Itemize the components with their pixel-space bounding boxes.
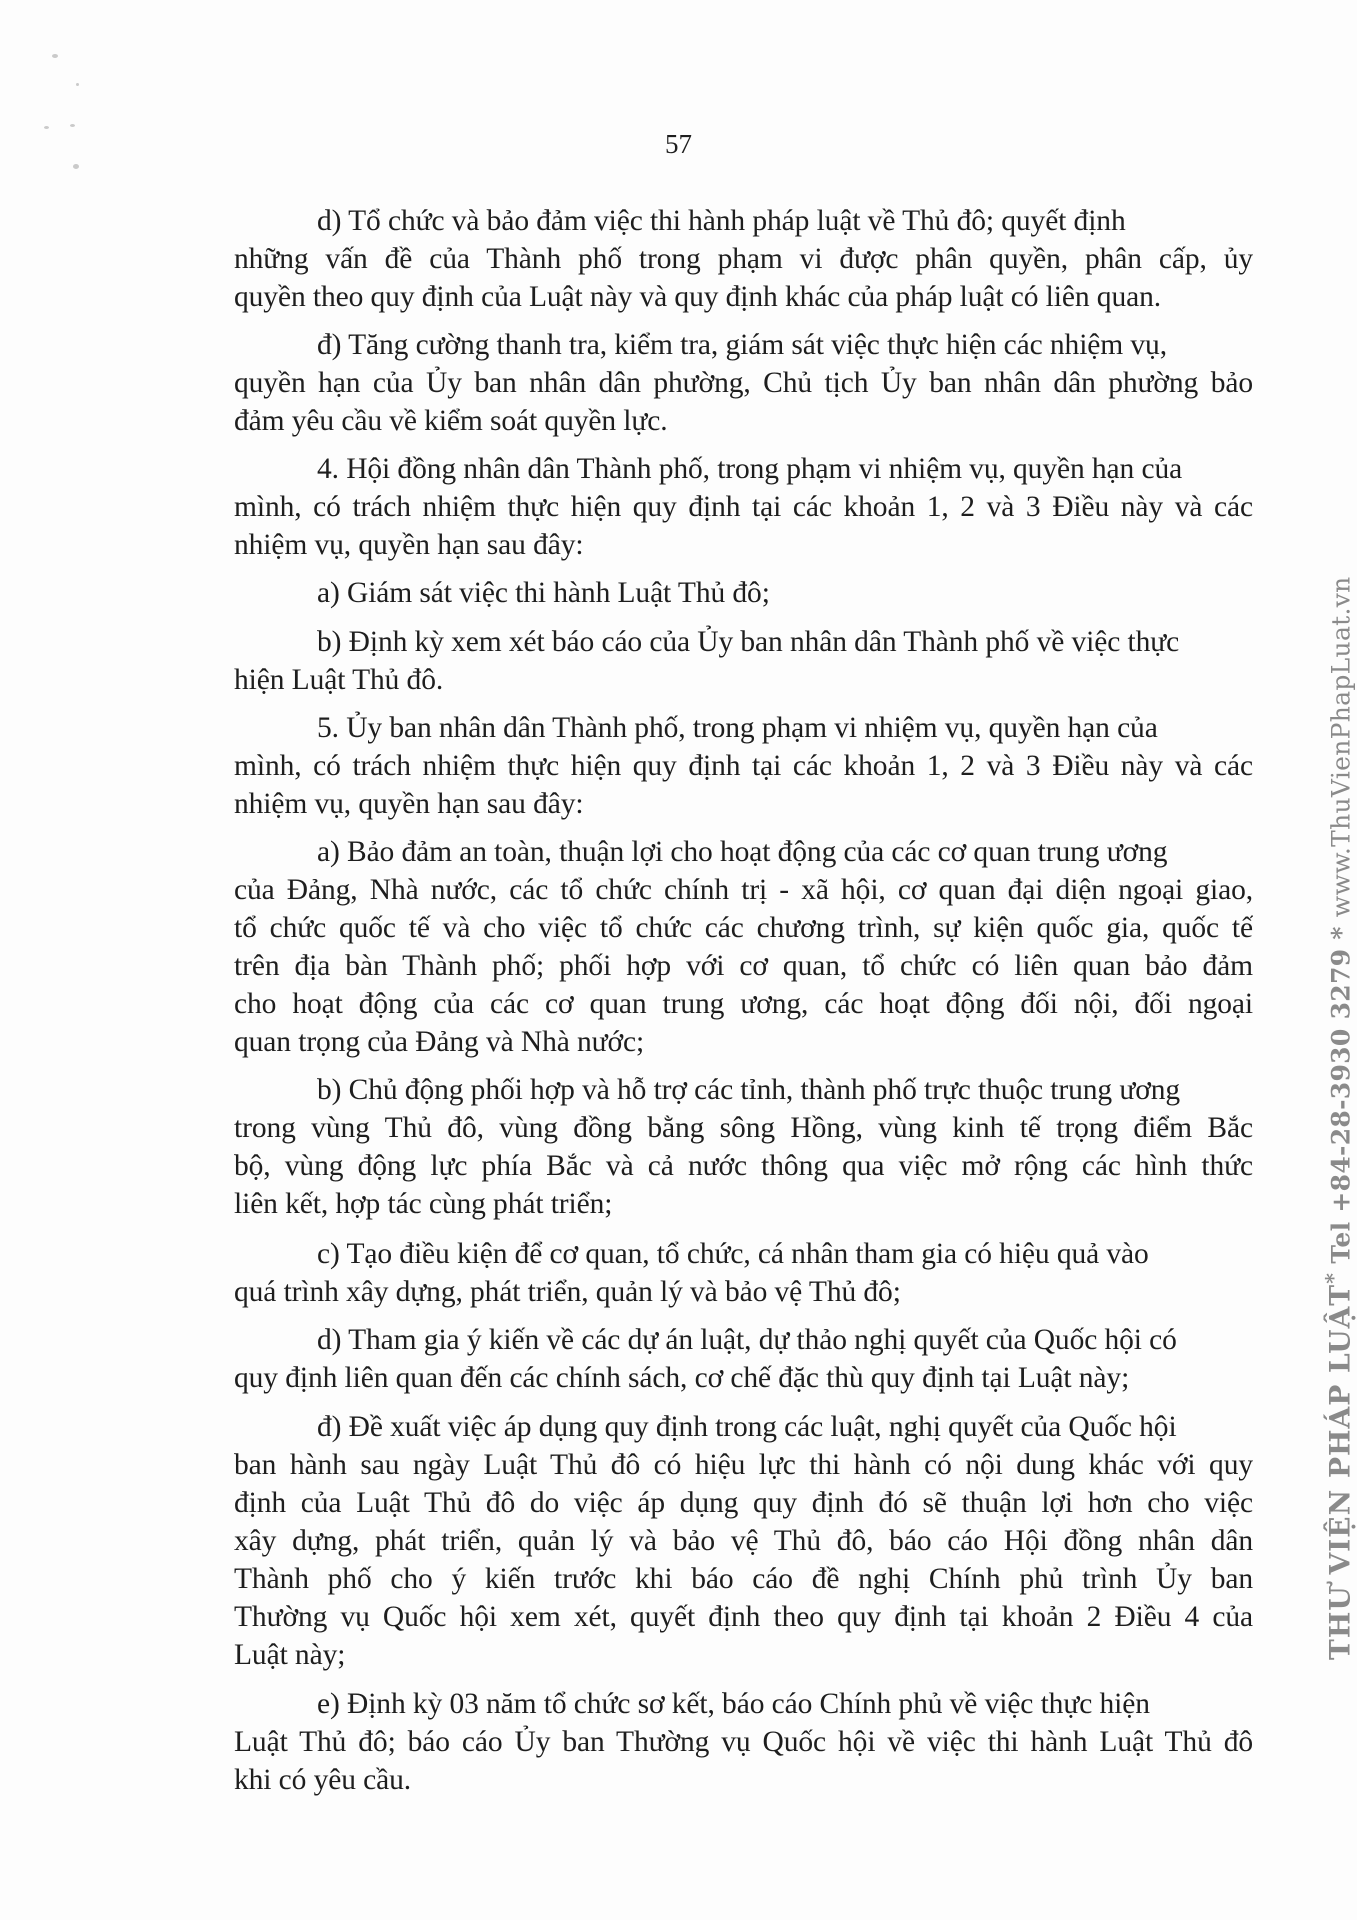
paragraph-line: quan trọng của Đảng và Nhà nước; [234, 1024, 644, 1060]
paragraph-line: a) Bảo đảm an toàn, thuận lợi cho hoạt đ… [317, 834, 1167, 870]
paragraph-line: 5. Ủy ban nhân dân Thành phố, trong phạm… [317, 710, 1158, 746]
paragraph-line: nhiệm vụ, quyền hạn sau đây: [234, 786, 584, 822]
paragraph-line: b) Định kỳ xem xét báo cáo của Ủy ban nh… [317, 624, 1179, 660]
paragraph-line: d) Tham gia ý kiến về các dự án luật, dự… [317, 1322, 1177, 1358]
paragraph-line: liên kết, hợp tác cùng phát triển; [234, 1186, 612, 1222]
paragraph-line: đảm yêu cầu về kiểm soát quyền lực. [234, 403, 668, 439]
scan-speck [73, 164, 79, 169]
paragraph-line: mình, có trách nhiệm thực hiện quy định … [234, 748, 1253, 784]
paragraph-line: e) Định kỳ 03 năm tổ chức sơ kết, báo cá… [317, 1686, 1150, 1722]
paragraph-line: quyền hạn của Ủy ban nhân dân phường, Ch… [234, 365, 1253, 401]
paragraph-line: khi có yêu cầu. [234, 1762, 411, 1798]
paragraph-line: tổ chức quốc tế và cho việc tổ chức các … [234, 910, 1253, 946]
paragraph-line: d) Tổ chức và bảo đảm việc thi hành pháp… [317, 203, 1126, 239]
paragraph-line: Thành phố cho ý kiến trước khi báo cáo đ… [234, 1561, 1253, 1597]
paragraph-line: quyền theo quy định của Luật này và quy … [234, 279, 1161, 315]
paragraph-line: của Đảng, Nhà nước, các tổ chức chính tr… [234, 872, 1253, 908]
paragraph-line: Thường vụ Quốc hội xem xét, quyết định t… [234, 1599, 1253, 1635]
watermark-separator: * [1326, 926, 1355, 939]
watermark-separator: * [1320, 1273, 1345, 1284]
paragraph-line: bộ, vùng động lực phía Bắc và cả nước th… [234, 1148, 1253, 1184]
paragraph-line: hiện Luật Thủ đô. [234, 662, 443, 698]
watermark-url: www.ThuVienPhapLuat.vn [1326, 576, 1355, 917]
paragraph-line: a) Giám sát việc thi hành Luật Thủ đô; [317, 575, 770, 611]
paragraph-line: đ) Đề xuất việc áp dụng quy định trong c… [317, 1409, 1177, 1445]
paragraph-line: đ) Tăng cường thanh tra, kiểm tra, giám … [317, 327, 1167, 363]
paragraph-line: 4. Hội đồng nhân dân Thành phố, trong ph… [317, 451, 1182, 487]
scan-speck [52, 54, 58, 58]
paragraph-line: định của Luật Thủ đô do việc áp dụng quy… [234, 1485, 1253, 1521]
paragraph-line: b) Chủ động phối hợp và hỗ trợ các tỉnh,… [317, 1072, 1180, 1108]
paragraph-line: quy định liên quan đến các chính sách, c… [234, 1360, 1129, 1396]
document-page: 57 d) Tổ chức và bảo đảm việc thi hành p… [0, 0, 1357, 1920]
paragraph-line: Luật Thủ đô; báo cáo Ủy ban Thường vụ Qu… [234, 1724, 1253, 1760]
watermark-brand: THƯ VIỆN PHÁP LUẬT [1323, 1284, 1356, 1660]
scan-speck [70, 124, 75, 127]
scan-speck [76, 83, 79, 86]
paragraph-line: xây dựng, phát triển, quản lý và bảo vệ … [234, 1523, 1253, 1559]
paragraph-line: những vấn đề của Thành phố trong phạm vi… [234, 241, 1253, 277]
paragraph-line: c) Tạo điều kiện để cơ quan, tổ chức, cá… [317, 1236, 1149, 1272]
paragraph-line: cho hoạt động của các cơ quan trung ương… [234, 986, 1253, 1022]
paragraph-line: ban hành sau ngày Luật Thủ đô có hiệu lự… [234, 1447, 1253, 1483]
paragraph-line: quá trình xây dựng, phát triển, quản lý … [234, 1274, 901, 1310]
watermark-tel: Tel +84-28-3930 3279 [1326, 949, 1355, 1264]
watermark: THƯ VIỆN PHÁP LUẬT* Tel +84-28-3930 3279… [1318, 576, 1356, 1660]
paragraph-line: Luật này; [234, 1637, 345, 1673]
paragraph-line: nhiệm vụ, quyền hạn sau đây: [234, 527, 584, 563]
paragraph-line: trên địa bàn Thành phố; phối hợp với cơ … [234, 948, 1253, 984]
page-number: 57 [0, 128, 1357, 160]
paragraph-line: mình, có trách nhiệm thực hiện quy định … [234, 489, 1253, 525]
paragraph-line: trong vùng Thủ đô, vùng đồng bằng sông H… [234, 1110, 1253, 1146]
